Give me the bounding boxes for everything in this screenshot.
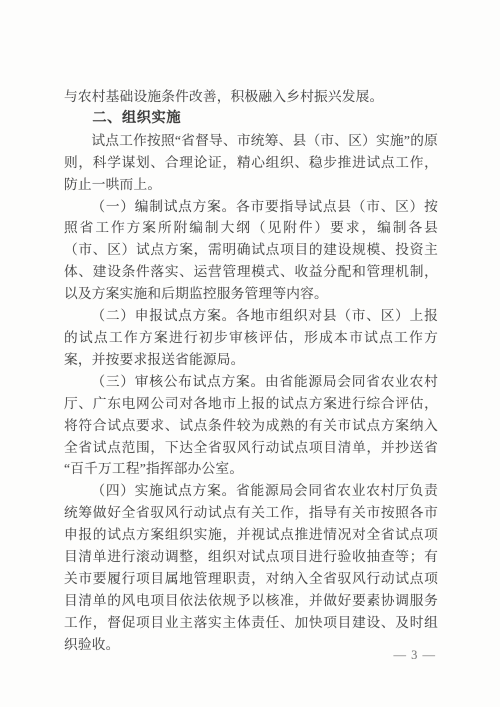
item-lead-1: （一）编制试点方案。 xyxy=(91,199,236,214)
document-body: 与农村基础设施条件改善，积极融入乡村振兴发展。 二、组织实施 试点工作按照“省督… xyxy=(64,86,438,656)
item-lead-2: （二）申报试点方案。 xyxy=(91,308,236,323)
section-heading: 二、组织实施 xyxy=(64,108,438,130)
page-number: — 3 — xyxy=(394,648,437,663)
item-paragraph-1: （一）编制试点方案。各市要指导试点县（市、区）按照省工作方案所附编制大纲（见附件… xyxy=(64,196,438,306)
item-text-3: 由省能源局会同省农业农村厅、广东电网公司对各地市上报的试点方案进行综合评估，将符… xyxy=(64,374,438,477)
item-lead-4: （四）实施试点方案。 xyxy=(91,483,236,498)
document-page: 与农村基础设施条件改善，积极融入乡村振兴发展。 二、组织实施 试点工作按照“省督… xyxy=(0,0,500,707)
item-paragraph-4: （四）实施试点方案。省能源局会同省农业农村厅负责统筹做好全省驭风行动试点有关工作… xyxy=(64,480,438,655)
item-lead-3: （三）审核公布试点方案。 xyxy=(91,374,265,389)
item-paragraph-3: （三）审核公布试点方案。由省能源局会同省农业农村厅、广东电网公司对各地市上报的试… xyxy=(64,371,438,481)
continuation-paragraph: 与农村基础设施条件改善，积极融入乡村振兴发展。 xyxy=(64,86,438,108)
item-paragraph-2: （二）申报试点方案。各地市组织对县（市、区）上报的试点工作方案进行初步审核评估，… xyxy=(64,305,438,371)
item-text-4: 省能源局会同省农业农村厅负责统筹做好全省驭风行动试点有关工作，指导有关市按照各市… xyxy=(64,483,438,651)
intro-paragraph: 试点工作按照“省督导、市统筹、县（市、区）实施”的原则，科学谋划、合理论证，精心… xyxy=(64,130,438,196)
